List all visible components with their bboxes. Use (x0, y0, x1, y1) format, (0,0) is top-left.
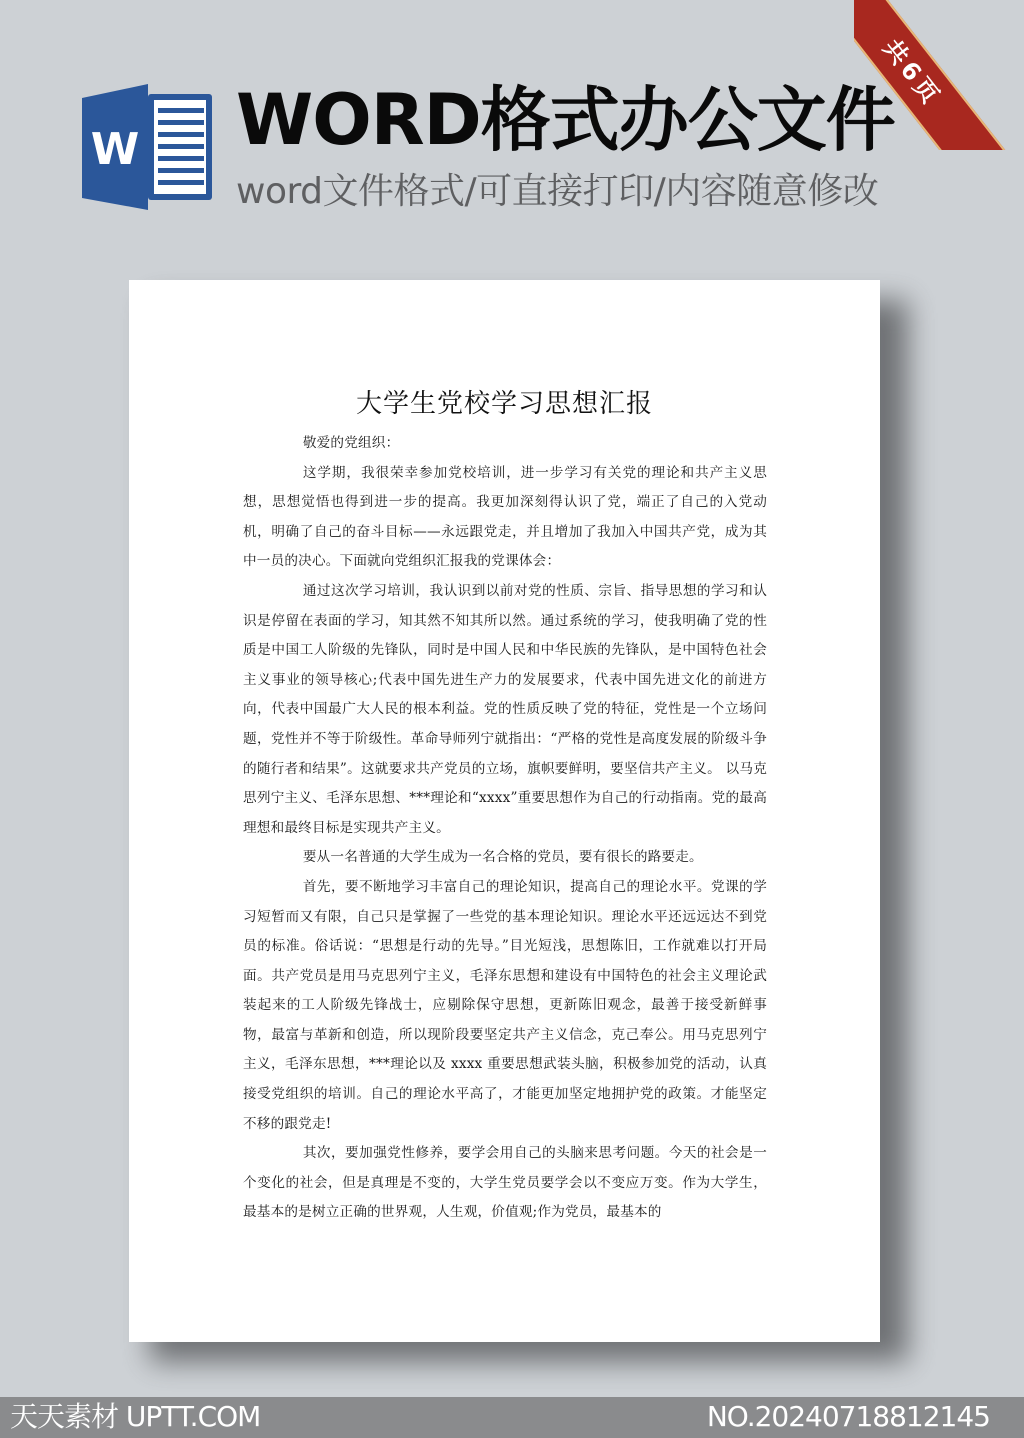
page-count-ribbon: 共6页 (854, 0, 1024, 150)
paragraph: 通过这次学习培训，我认识到以前对党的性质、宗旨、指导思想的学习和认识是停留在表面… (243, 577, 767, 843)
paragraph: 其次，要加强党性修养，要学会用自己的头脑来思考问题。今天的社会是一个变化的社会，… (243, 1139, 767, 1228)
footer-serial-number: NO.20240718812145 (707, 1399, 990, 1435)
hero-subtitle: word文件格式/可直接打印/内容随意修改 (236, 170, 878, 214)
hero-title: WORD格式办公文件 (236, 78, 895, 162)
salutation: 敬爱的党组织： (243, 429, 767, 459)
svg-text:W: W (91, 124, 140, 175)
paragraph: 这学期，我很荣幸参加党校培训，进一步学习有关党的理论和共产主义思想，思想觉悟也得… (243, 459, 767, 577)
document-page: 大学生党校学习思想汇报 敬爱的党组织： 这学期，我很荣幸参加党校培训，进一步学习… (129, 280, 880, 1342)
paragraph: 首先，要不断地学习丰富自己的理论知识，提高自己的理论水平。党课的学习短暂而又有限… (243, 873, 767, 1139)
document-title: 大学生党校学习思想汇报 (129, 386, 880, 422)
footer-bar: 天天素材 UPTT.COM NO.20240718812145 (0, 1397, 1024, 1438)
paragraph: 要从一名普通的大学生成为一名合格的党员，要有很长的路要走。 (243, 843, 767, 873)
document-body: 敬爱的党组织： 这学期，我很荣幸参加党校培训，进一步学习有关党的理论和共产主义思… (243, 429, 767, 1228)
word-logo-icon: W (82, 84, 212, 210)
page-count-label: 共6页 (864, 18, 960, 127)
footer-site-label: 天天素材 UPTT.COM (10, 1399, 260, 1435)
